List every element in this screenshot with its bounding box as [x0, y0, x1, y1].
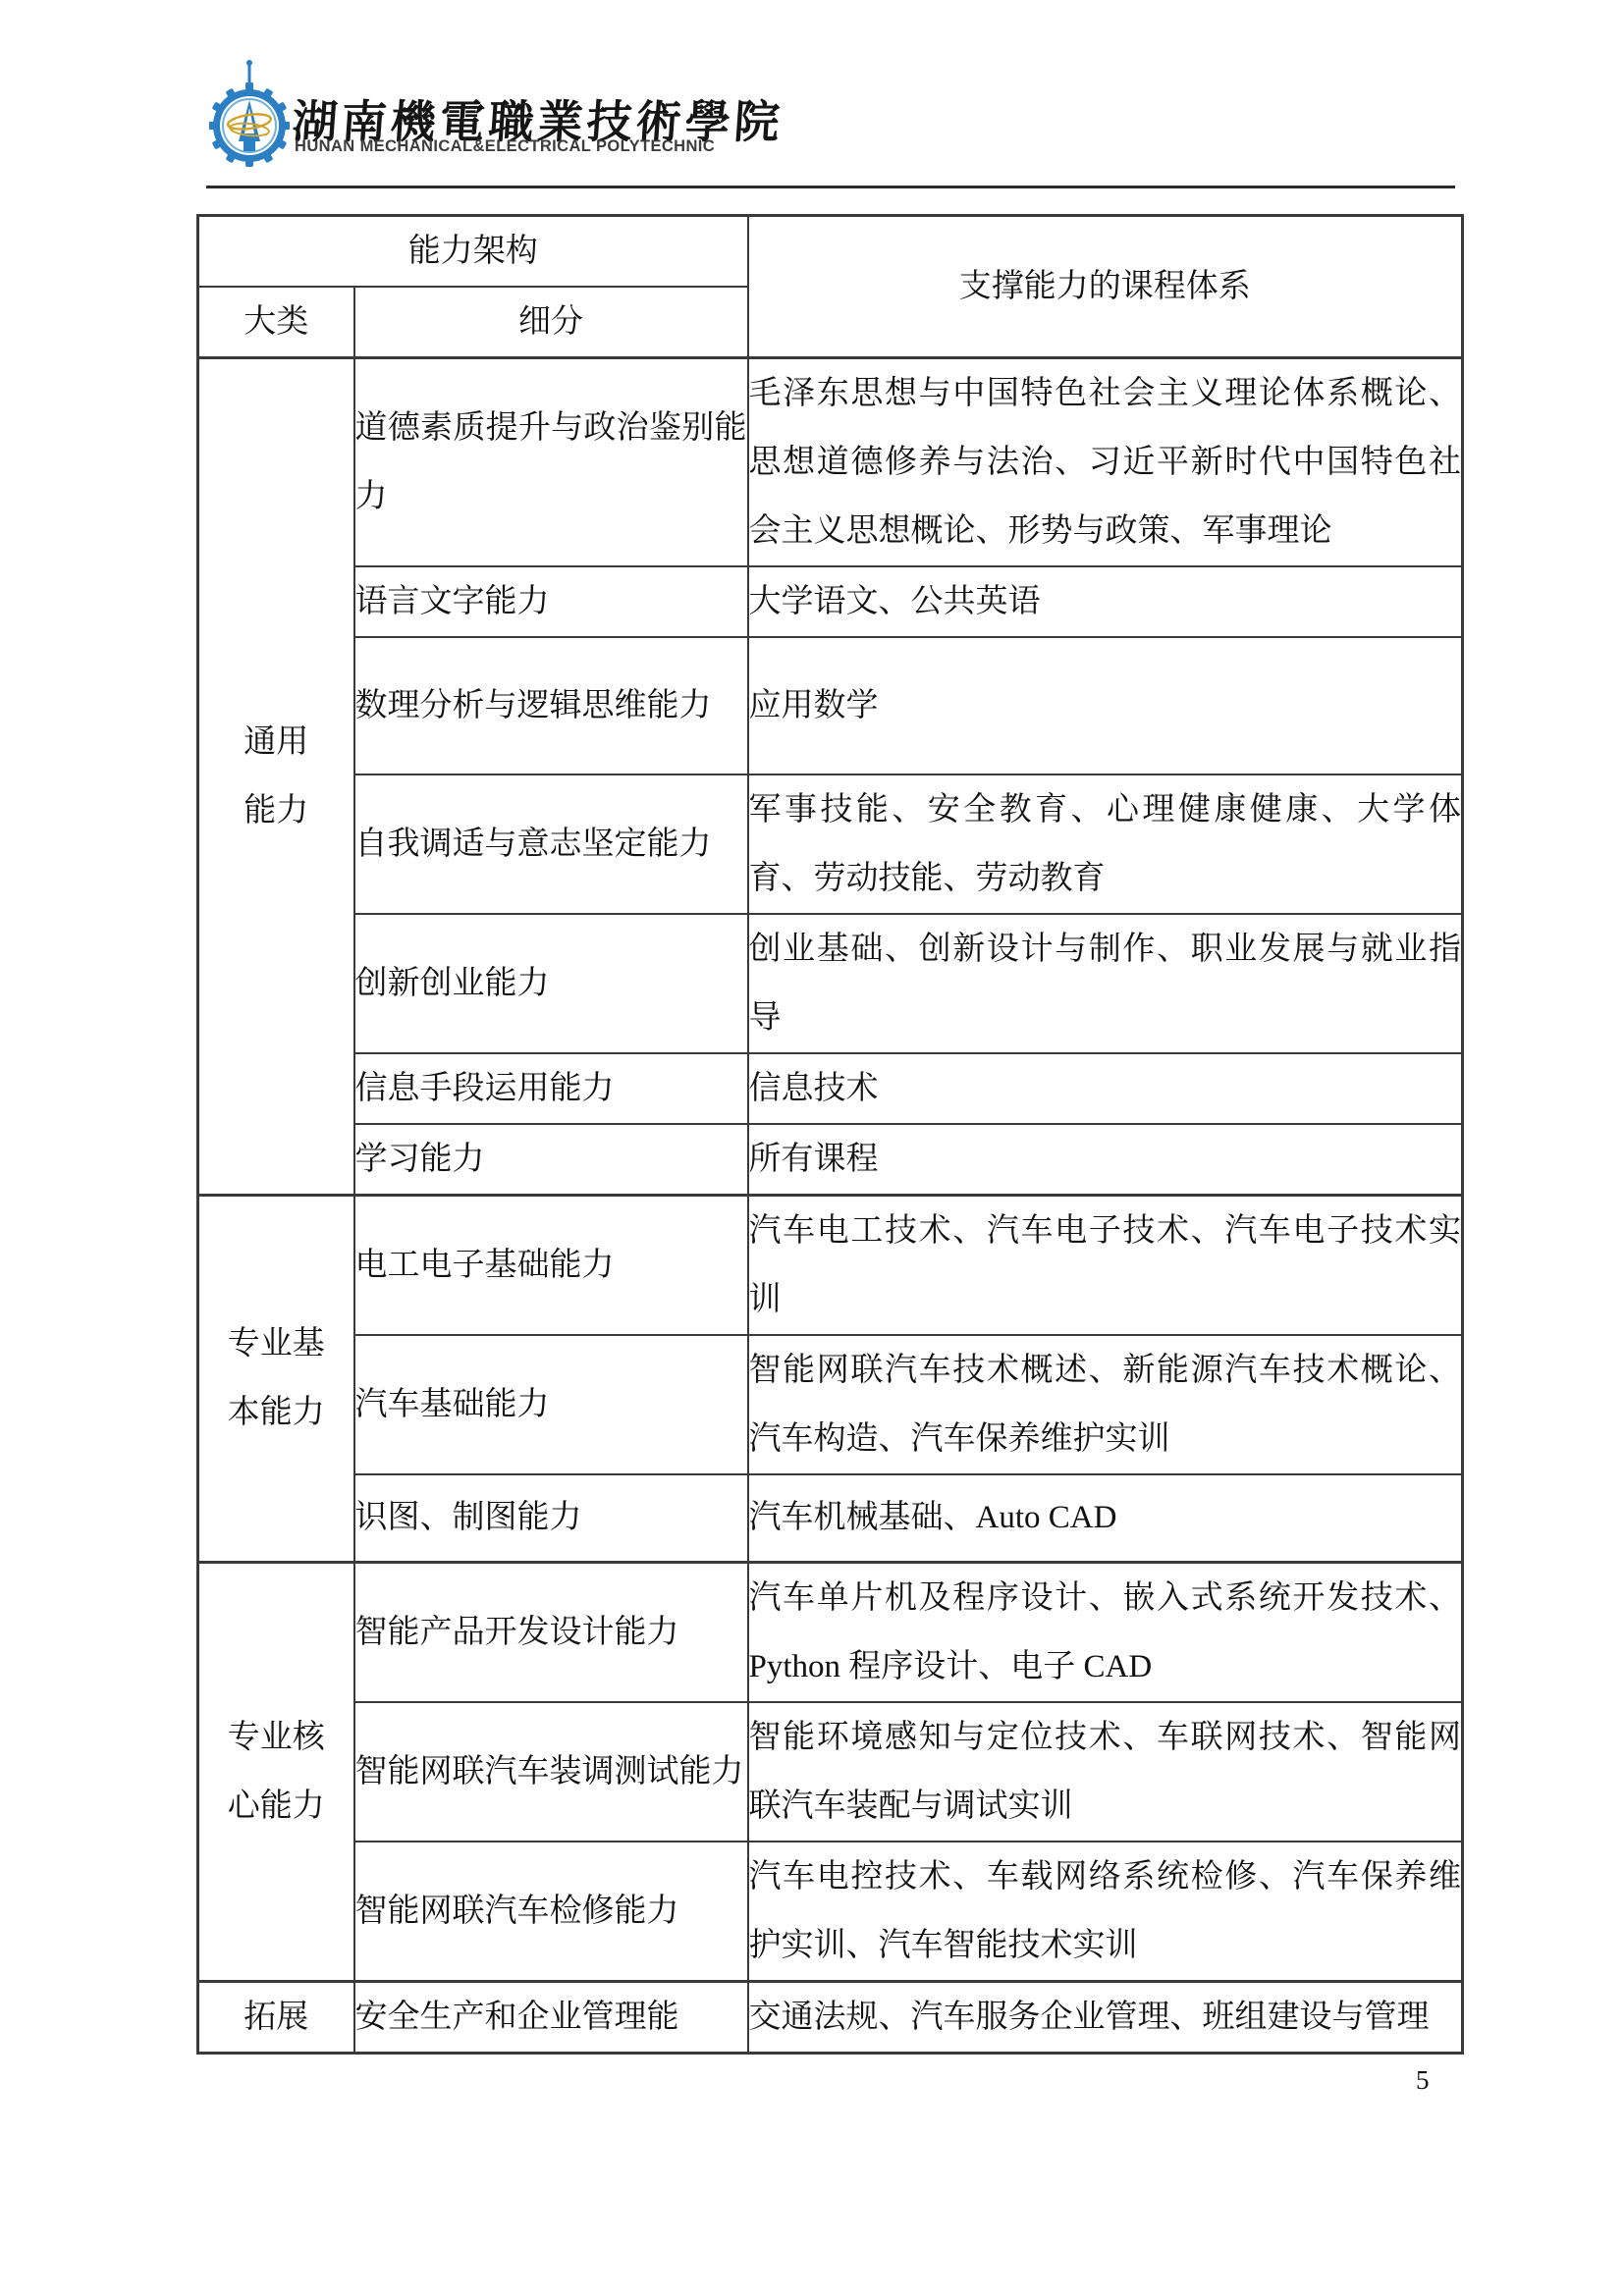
table-row: 汽车基础能力 智能网联汽车技术概述、新能源汽车技术概论、汽车构造、汽车保养维护实…: [198, 1335, 1463, 1474]
courses-cell: 创业基础、创新设计与制作、职业发展与就业指导: [748, 914, 1463, 1053]
courses-cell: 所有课程: [748, 1124, 1463, 1196]
table-row: 学习能力 所有课程: [198, 1124, 1463, 1196]
capability-cell: 创新创业能力: [354, 914, 748, 1053]
capability-cell: 信息手段运用能力: [354, 1053, 748, 1124]
courses-cell: 毛泽东思想与中国特色社会主义理论体系概论、思想道德修养与法治、习近平新时代中国特…: [748, 358, 1463, 567]
capability-cell: 安全生产和企业管理能: [354, 1981, 748, 2053]
table-row: 通用 能力 道德素质提升与政治鉴别能力 毛泽东思想与中国特色社会主义理论体系概论…: [198, 358, 1463, 567]
header-course-system: 支撑能力的课程体系: [748, 216, 1463, 358]
courses-cell: 大学语文、公共英语: [748, 566, 1463, 637]
courses-cell: 交通法规、汽车服务企业管理、班组建设与管理: [748, 1981, 1463, 2053]
capability-cell: 数理分析与逻辑思维能力: [354, 637, 748, 774]
table-row: 自我调适与意志坚定能力 军事技能、安全教育、心理健康健康、大学体育、劳动技能、劳…: [198, 774, 1463, 914]
courses-cell: 汽车电工技术、汽车电子技术、汽车电子技术实训: [748, 1196, 1463, 1336]
courses-cell: 智能网联汽车技术概述、新能源汽车技术概论、汽车构造、汽车保养维护实训: [748, 1335, 1463, 1474]
courses-cell: 信息技术: [748, 1053, 1463, 1124]
courses-cell: 汽车单片机及程序设计、嵌入式系统开发技术、Python 程序设计、电子 CAD: [748, 1562, 1463, 1702]
table-row: 专业核 心能力 智能产品开发设计能力 汽车单片机及程序设计、嵌入式系统开发技术、…: [198, 1562, 1463, 1702]
table-row: 拓展 安全生产和企业管理能 交通法规、汽车服务企业管理、班组建设与管理: [198, 1981, 1463, 2053]
capability-cell: 识图、制图能力: [354, 1474, 748, 1562]
capability-course-table: 能力架构 支撑能力的课程体系 大类 细分 通用 能力 道德素质提升与政治鉴别能力…: [196, 214, 1464, 2055]
capability-cell: 汽车基础能力: [354, 1335, 748, 1474]
school-logo-gear-icon: [209, 57, 290, 167]
category-cell-extension: 拓展: [198, 1981, 354, 2053]
courses-cell: 军事技能、安全教育、心理健康健康、大学体育、劳动技能、劳动教育: [748, 774, 1463, 914]
header-capability-framework: 能力架构: [198, 216, 748, 288]
category-cell-general: 通用 能力: [198, 358, 354, 1196]
table-row: 智能网联汽车装调测试能力 智能环境感知与定位技术、车联网技术、智能网联汽车装配与…: [198, 1702, 1463, 1842]
courses-cell: 应用数学: [748, 637, 1463, 774]
school-name-english: HUNAN MECHANICAL&ELECTRICAL POLYTECHNIC: [295, 137, 715, 156]
table-row: 语言文字能力 大学语文、公共英语: [198, 566, 1463, 637]
capability-cell: 自我调适与意志坚定能力: [354, 774, 748, 914]
header-major-category: 大类: [198, 287, 354, 358]
capability-cell: 学习能力: [354, 1124, 748, 1196]
header-divider: [206, 186, 1455, 188]
table-row: 创新创业能力 创业基础、创新设计与制作、职业发展与就业指导: [198, 914, 1463, 1053]
document-page: 湖南機電職業技術學院 HUNAN MECHANICAL&ELECTRICAL P…: [0, 0, 1624, 2296]
courses-cell: 汽车电控技术、车载网络系统检修、汽车保养维护实训、汽车智能技术实训: [748, 1842, 1463, 1982]
courses-cell: 汽车机械基础、Auto CAD: [748, 1474, 1463, 1562]
capability-cell: 语言文字能力: [354, 566, 748, 637]
capability-cell: 电工电子基础能力: [354, 1196, 748, 1336]
table-row: 数理分析与逻辑思维能力 应用数学: [198, 637, 1463, 774]
category-cell-professional-core: 专业核 心能力: [198, 1562, 354, 1981]
category-cell-professional-basic: 专业基 本能力: [198, 1196, 354, 1563]
capability-cell: 智能网联汽车检修能力: [354, 1842, 748, 1982]
table-row: 智能网联汽车检修能力 汽车电控技术、车载网络系统检修、汽车保养维护实训、汽车智能…: [198, 1842, 1463, 1982]
table-row: 识图、制图能力 汽车机械基础、Auto CAD: [198, 1474, 1463, 1562]
capability-cell: 智能产品开发设计能力: [354, 1562, 748, 1702]
capability-cell: 智能网联汽车装调测试能力: [354, 1702, 748, 1842]
page-number: 5: [1416, 2065, 1430, 2096]
capability-cell: 道德素质提升与政治鉴别能力: [354, 358, 748, 567]
table-row: 信息手段运用能力 信息技术: [198, 1053, 1463, 1124]
header-subdivision: 细分: [354, 287, 748, 358]
courses-cell: 智能环境感知与定位技术、车联网技术、智能网联汽车装配与调试实训: [748, 1702, 1463, 1842]
table-row: 专业基 本能力 电工电子基础能力 汽车电工技术、汽车电子技术、汽车电子技术实训: [198, 1196, 1463, 1336]
